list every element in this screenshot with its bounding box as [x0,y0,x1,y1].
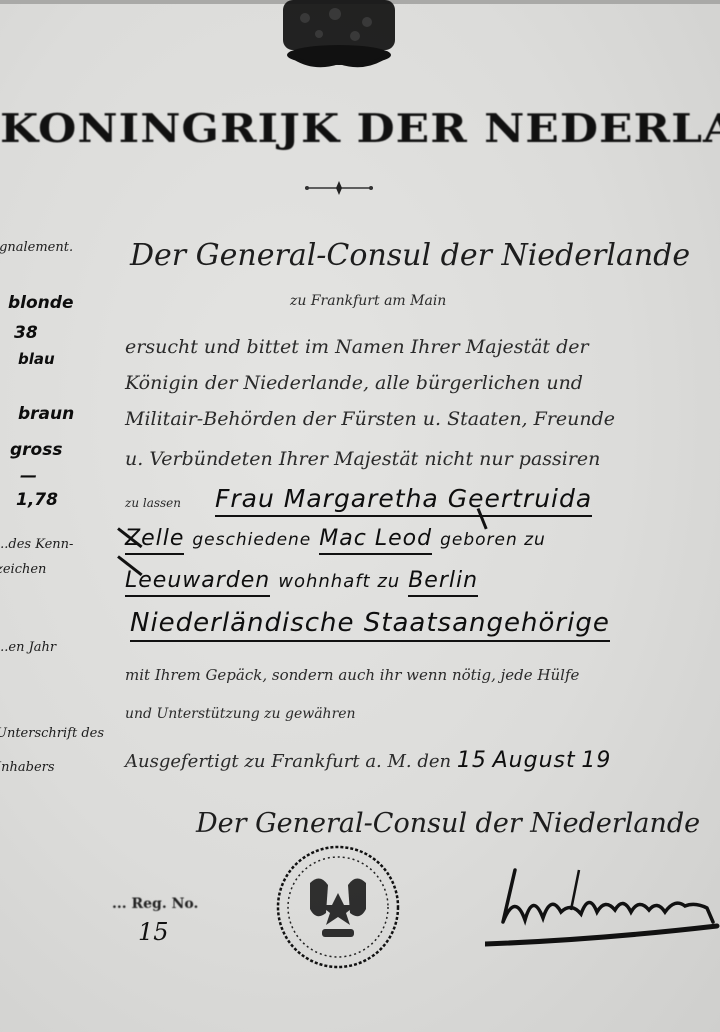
signalement-age: 38 [14,323,38,343]
signalement-hair: blonde [8,293,73,313]
body-line-5: zu lassen [125,496,181,510]
holder-nationality: Niederländische Staatsangehörige [130,608,610,642]
closing-line-1: mit Ihrem Gepäck, sondern auch ihr wenn … [125,666,579,684]
issued-label: Ausgefertigt zu Frankfurt a. M. den [125,751,451,772]
body-line-3: Militair-Behörden der Fürsten u. Staaten… [125,408,615,430]
holder-birthplace: Leeuwarden [125,568,270,597]
issuer-title: Der General-Consul der Niederlande [130,238,690,273]
issued-place-date: Ausgefertigt zu Frankfurt a. M. den 15 A… [125,748,611,773]
body-line-1: ersucht und bittet im Namen Ihrer Majest… [125,336,589,358]
born-at-label: geboren zu [440,530,546,550]
holder-given-names: Frau Margaretha Geertruida [215,484,592,517]
registry-stamp: ... Reg. No. [112,896,198,912]
consulate-seal-icon [270,843,406,971]
signature-block-title: Der General-Consul der Niederlande [196,808,700,839]
body-line-4: u. Verbündeten Ihrer Majestät nicht nur … [125,448,600,470]
holder-residence: Berlin [408,568,478,597]
signalement-build: gross [10,440,62,460]
signalement-note-3: Inhabers [0,760,55,775]
holder-married-name: Mac Leod [319,526,432,555]
signalement-complexion: braun [18,404,74,424]
signalement-label: Signalement. [0,240,73,255]
registry-number: 15 [138,918,169,946]
holder-birthplace-line: Leeuwarden wohnhaft zu Berlin [125,568,478,593]
signalement-fragment-2: zeichen [0,562,46,577]
signalement-fragment-1: ...des Kenn- [0,537,73,552]
signalement-note-2: Unterschrift des [0,726,104,741]
document-heading: KONINGRIJK DER NEDERLANDEN [0,106,720,160]
holder-name: Frau Margaretha Geertruida [215,484,592,513]
issued-year: 19 [581,748,611,773]
holder-status: geschiedene [192,530,311,550]
signalement-dash: — [20,466,37,486]
issued-month: August [493,748,576,773]
issuer-location: zu Frankfurt am Main [290,293,446,309]
residence-label: wohnhaft zu [278,571,400,592]
holder-nationality-line: Niederländische Staatsangehörige [130,608,610,638]
holder-surname-line: Zelle geschiedene Mac Leod geboren zu [125,526,546,551]
body-line-2: Königin der Niederlande, alle bürgerlich… [125,372,583,394]
issued-day: 15 [457,748,487,773]
signalement-eyes: blau [18,350,55,368]
signalement-note-1: ...en Jahr [0,640,56,655]
closing-line-2: und Unterstützung zu gewähren [125,706,356,722]
royal-coat-of-arms-icon [275,0,403,72]
signalement-height: 1,78 [16,490,58,510]
ornament-divider-icon [303,180,375,196]
consul-signature [485,862,720,952]
